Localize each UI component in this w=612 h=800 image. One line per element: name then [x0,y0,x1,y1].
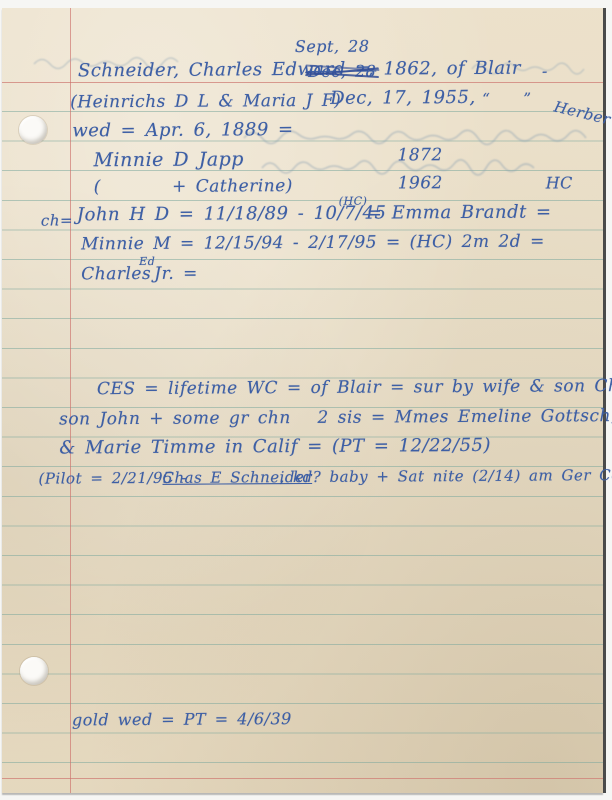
hw-parents-line: (Heinrichs D L & Maria J F) [70,92,341,113]
hw-birth-line: , 1862, of Blair [368,59,521,81]
hw-marie-line: & Marie Timme in Calif = (PT = 12/22/55) [59,436,491,459]
hw-pilot-line3: , kd? baby + Sat nite (2/14) am Ger Cem … [279,467,612,487]
hw-catherine-line: ( + Catherine) [94,177,293,198]
hw-ces-line: CES = lifetime WC = of Blair = sur by wi… [97,377,612,400]
hw-wife-death: 1962 [398,174,443,194]
hw-sept-28: Sept, 28 [295,38,370,57]
hw-wed-line: wed = Apr. 6, 1889 = [72,120,293,142]
hw-charles-jr2: Jr. = [154,265,198,285]
hw-charles-jr-sup: Ed [139,256,155,269]
hw-wife-name: Minnie D Japp [93,149,244,172]
hw-death-line: Dec, 17, 1955, [330,88,476,110]
hw-ch-label: ch= [41,212,73,229]
hw-son-line: son John + some gr chn 2 sis = Mmes Emel… [59,407,612,430]
hw-wife-birth: 1872 [397,146,442,166]
hw-small-dash: - [542,62,548,80]
scanned-page: Sept, 28Schneider, Charles Edward =Dec, … [0,0,612,800]
hw-john-line2: = Emma Brandt = [367,202,552,224]
hw-ditto-marks: “ ” [482,91,532,109]
hw-minnie-m-line: Minnie M = 12/15/94 - 2/17/95 = (HC) 2m … [81,233,545,255]
hw-john-sup: (HC) [339,196,368,209]
notepaper: Sept, 28Schneider, Charles Edward =Dec, … [2,8,603,793]
hw-goldwed-line: gold wed = PT = 4/6/39 [72,710,292,730]
hw-herber-note: Herber [552,98,612,128]
hw-struck-date: Dec, 28 [308,63,376,82]
hw-hc-note: HC [546,174,573,193]
handwriting-layer: Sept, 28Schneider, Charles Edward =Dec, … [0,6,605,795]
